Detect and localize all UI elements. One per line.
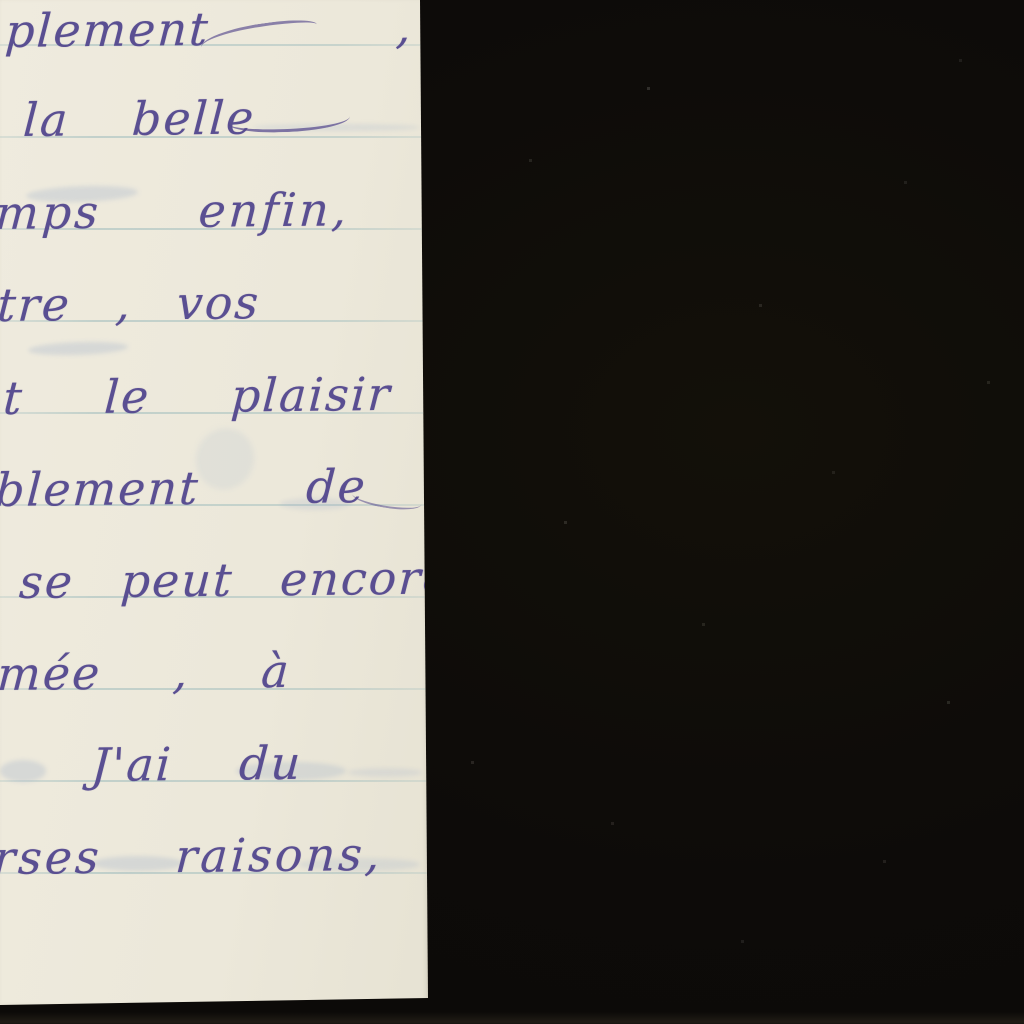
- backdrop-bottom-ridge: [0, 1012, 1024, 1024]
- handwriting-line: t le plaisir: [2, 371, 393, 421]
- handwriting-line: mée , à: [0, 648, 292, 697]
- handwriting-line: rses raisons,: [0, 831, 384, 881]
- handwriting-line: J'ai du: [90, 740, 304, 788]
- handwriting-line: blement de: [0, 463, 368, 513]
- handwriting-line: plement ,: [4, 4, 414, 54]
- photo-backdrop: plement , la belle mps enfin, tre , vos …: [0, 0, 1024, 1024]
- ink-bleed-mark: [0, 760, 46, 782]
- handwriting-line: mps enfin,: [0, 186, 351, 236]
- handwriting-line: se peut encore: [18, 554, 453, 605]
- handwriting-line: tre , vos: [0, 279, 262, 328]
- letter-page: plement , la belle mps enfin, tre , vos …: [0, 0, 430, 1010]
- ink-bleed-mark: [348, 768, 422, 777]
- handwriting-line: la belle: [22, 95, 257, 143]
- ink-bleed-mark: [28, 340, 128, 356]
